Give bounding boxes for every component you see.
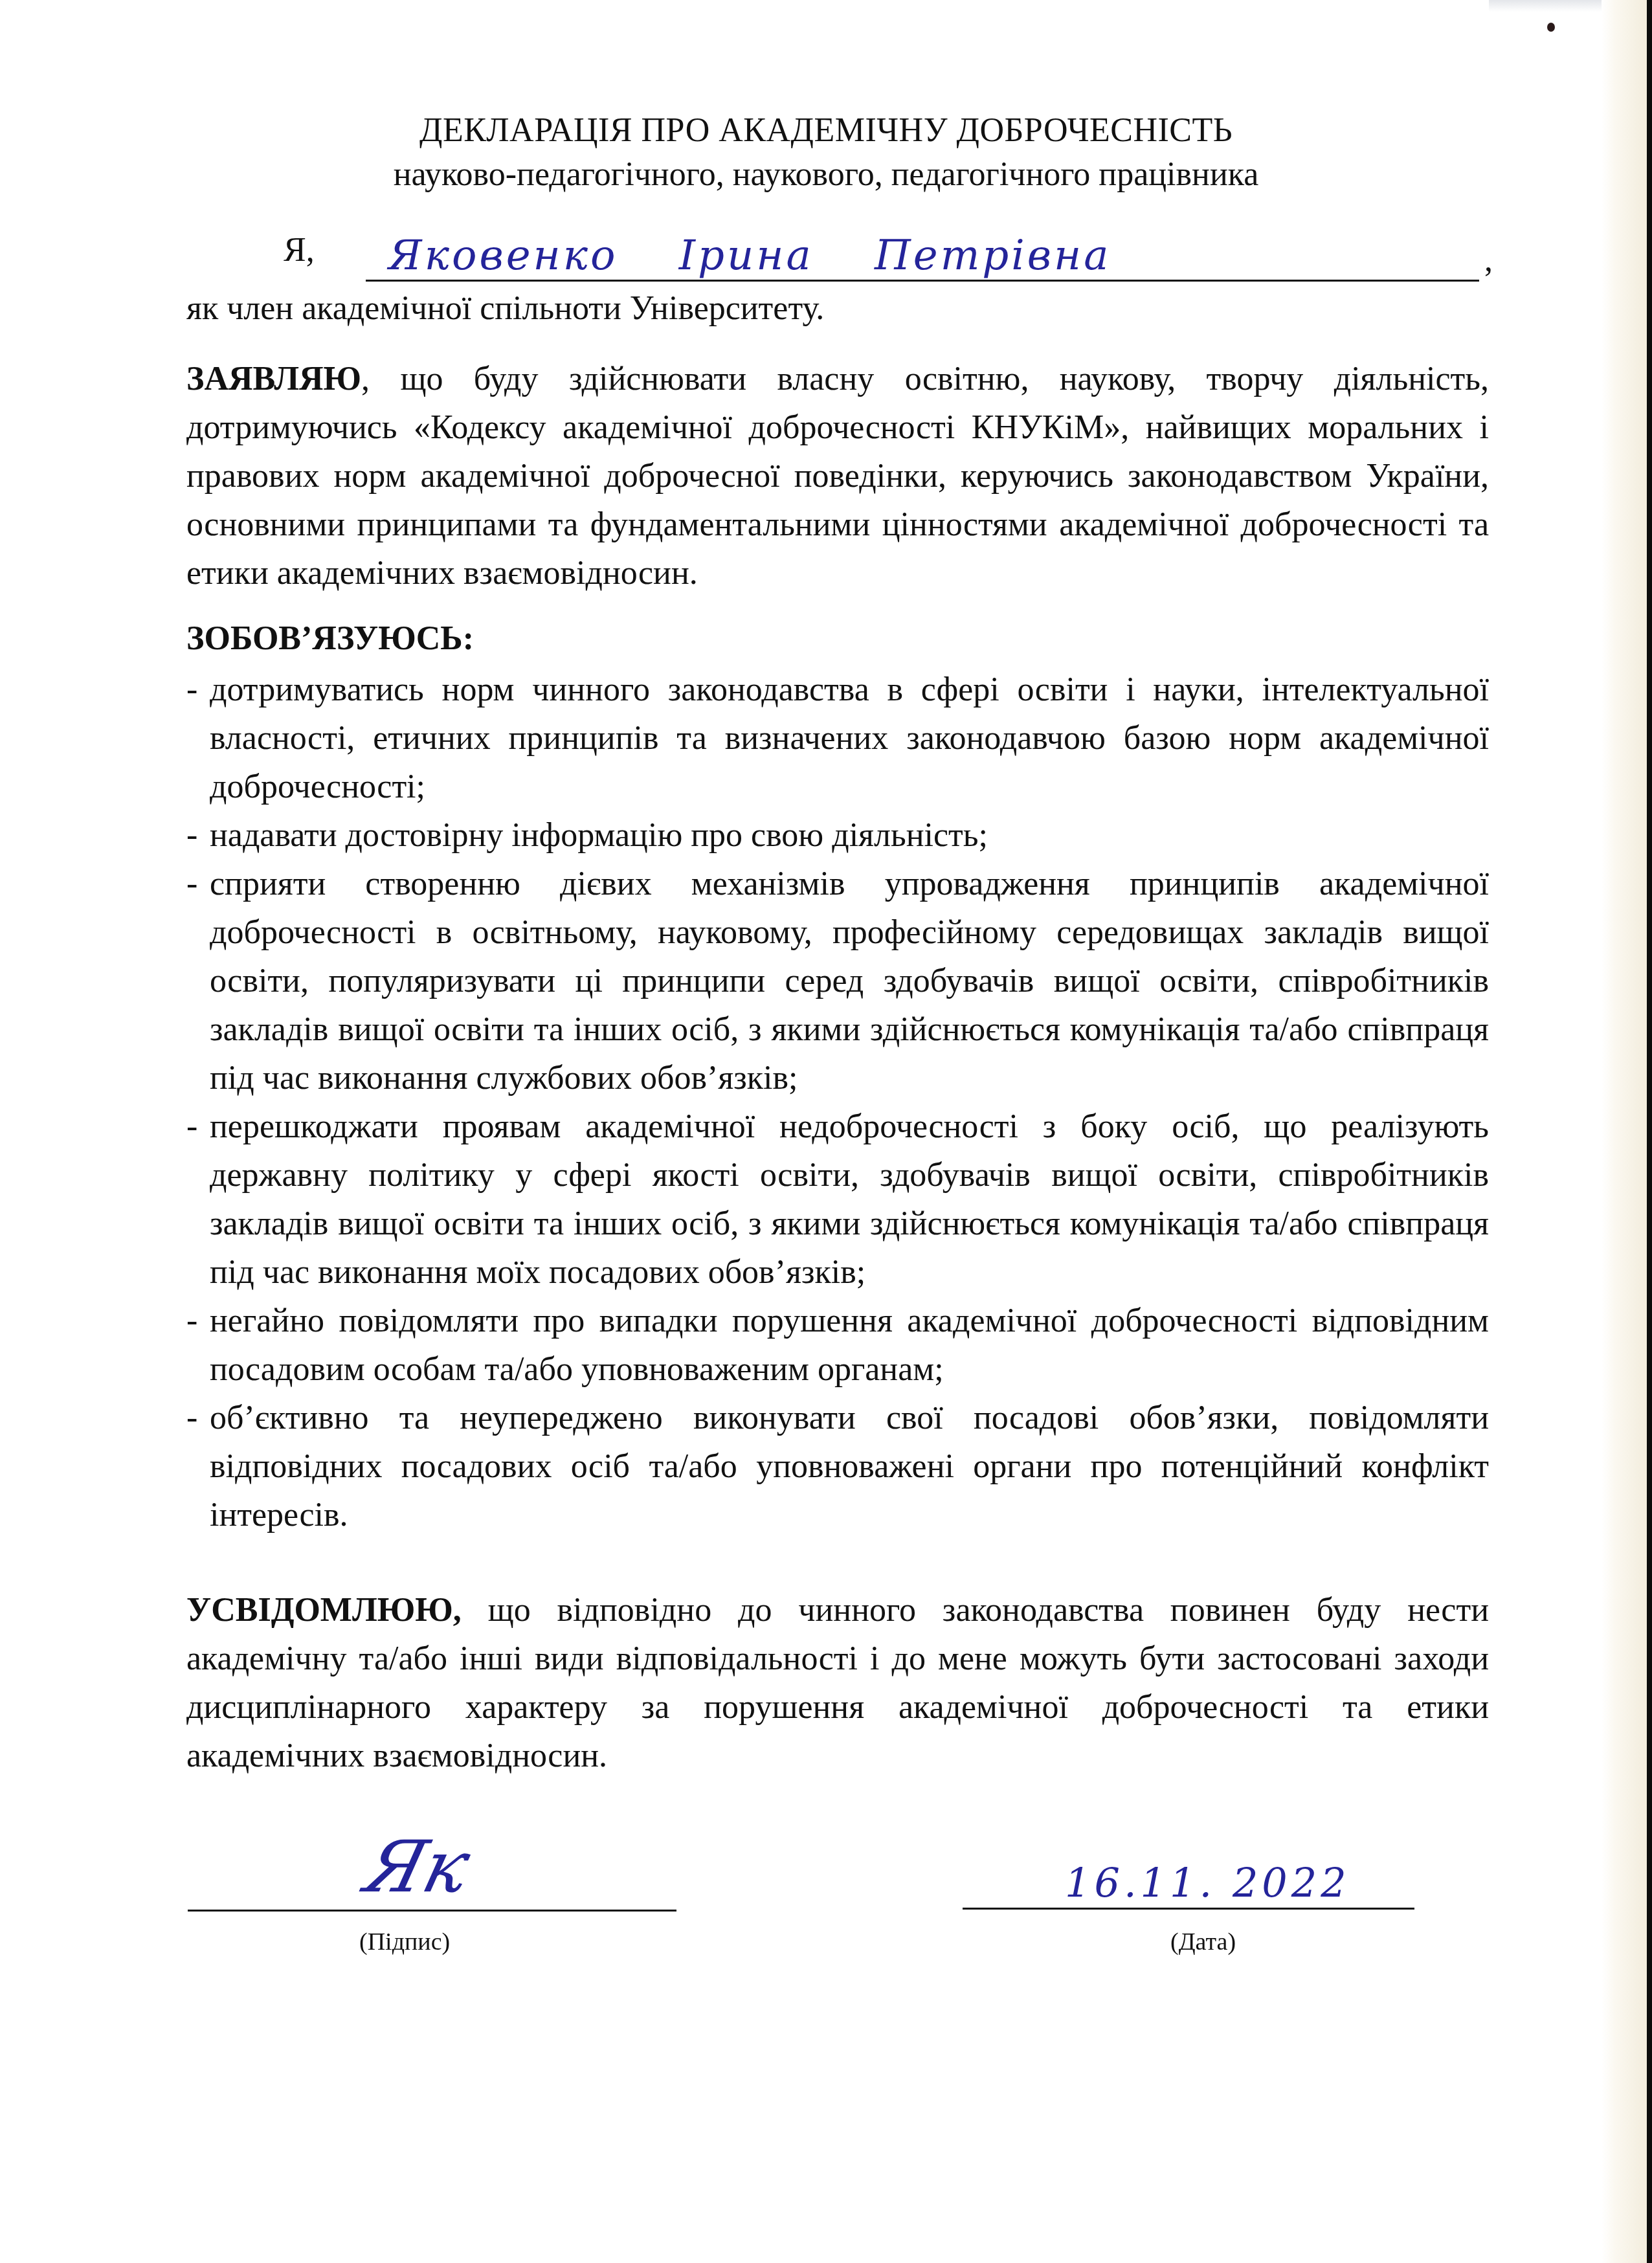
name-comma: , [1484,241,1493,279]
dash-bullet: - [186,860,197,908]
handwritten-name: Яковенко Ірина Петрівна [388,232,1111,280]
declare-paragraph: ЗАЯВЛЯЮ, що буду здійснювати власну осві… [186,355,1489,597]
scan-edge-border [1647,0,1652,2263]
commitments-list: -дотримуватись норм чинного законодавств… [186,665,1489,1539]
commitment-text: негайно повідомляти про випадки порушенн… [210,1302,1489,1388]
member-text: як член академічної спільноти Університе… [186,288,824,329]
commit-heading: ЗОБОВ’ЯЗУЮСЬ: [186,618,474,660]
handwritten-date: 16.11. 2022 [1065,1859,1350,1906]
commitment-item: -сприяти створенню дієвих механізмів упр… [186,860,1489,1102]
dash-bullet: - [186,665,197,714]
declare-lead: ЗАЯВЛЯЮ [186,361,361,397]
date-caption: (Дата) [1170,1928,1236,1956]
commitment-item: -надавати достовірну інформацію про свою… [186,811,1489,860]
aware-lead: УСВІДОМЛЮЮ, [186,1592,462,1629]
scan-speck [1547,23,1555,32]
commitment-text: дотримуватись норм чинного законодавства… [210,671,1489,805]
commitment-text: об’єктивно та неупереджено виконувати св… [210,1399,1489,1533]
ya-label: Я, [284,230,315,271]
document-title: ДЕКЛАРАЦІЯ ПРО АКАДЕМІЧНУ ДОБРОЧЕСНІСТЬ [0,110,1652,151]
commitment-item: -перешкоджати проявам академічної недобр… [186,1102,1489,1297]
dash-bullet: - [186,1102,197,1151]
scan-shade [1489,0,1605,12]
signature-caption: (Підпис) [359,1928,450,1956]
commitment-text: надавати достовірну інформацію про свою … [210,817,988,854]
date-line [963,1908,1414,1910]
commitment-item: -негайно повідомляти про випадки порушен… [186,1297,1489,1394]
commitment-text: сприяти створенню дієвих механізмів упро… [210,865,1489,1097]
handwritten-signature: Як [357,1825,478,1908]
commitment-item: -об’єктивно та неупереджено виконувати с… [186,1394,1489,1539]
commitment-text: перешкоджати проявам академічної недобро… [210,1108,1489,1291]
dash-bullet: - [186,811,197,860]
declaration-page: ДЕКЛАРАЦІЯ ПРО АКАДЕМІЧНУ ДОБРОЧЕСНІСТЬ … [0,0,1652,2263]
document-subtitle: науково-педагогічного, наукового, педаго… [0,154,1652,195]
name-field-line [366,280,1479,282]
signature-line [188,1910,676,1912]
commitment-item: -дотримуватись норм чинного законодавств… [186,665,1489,811]
dash-bullet: - [186,1297,197,1345]
dash-bullet: - [186,1394,197,1442]
declare-text: , що буду здійснювати власну освітню, на… [186,361,1489,592]
aware-paragraph: УСВІДОМЛЮЮ, що відповідно до чинного зак… [186,1586,1489,1780]
scan-edge-paper [1602,0,1648,2263]
